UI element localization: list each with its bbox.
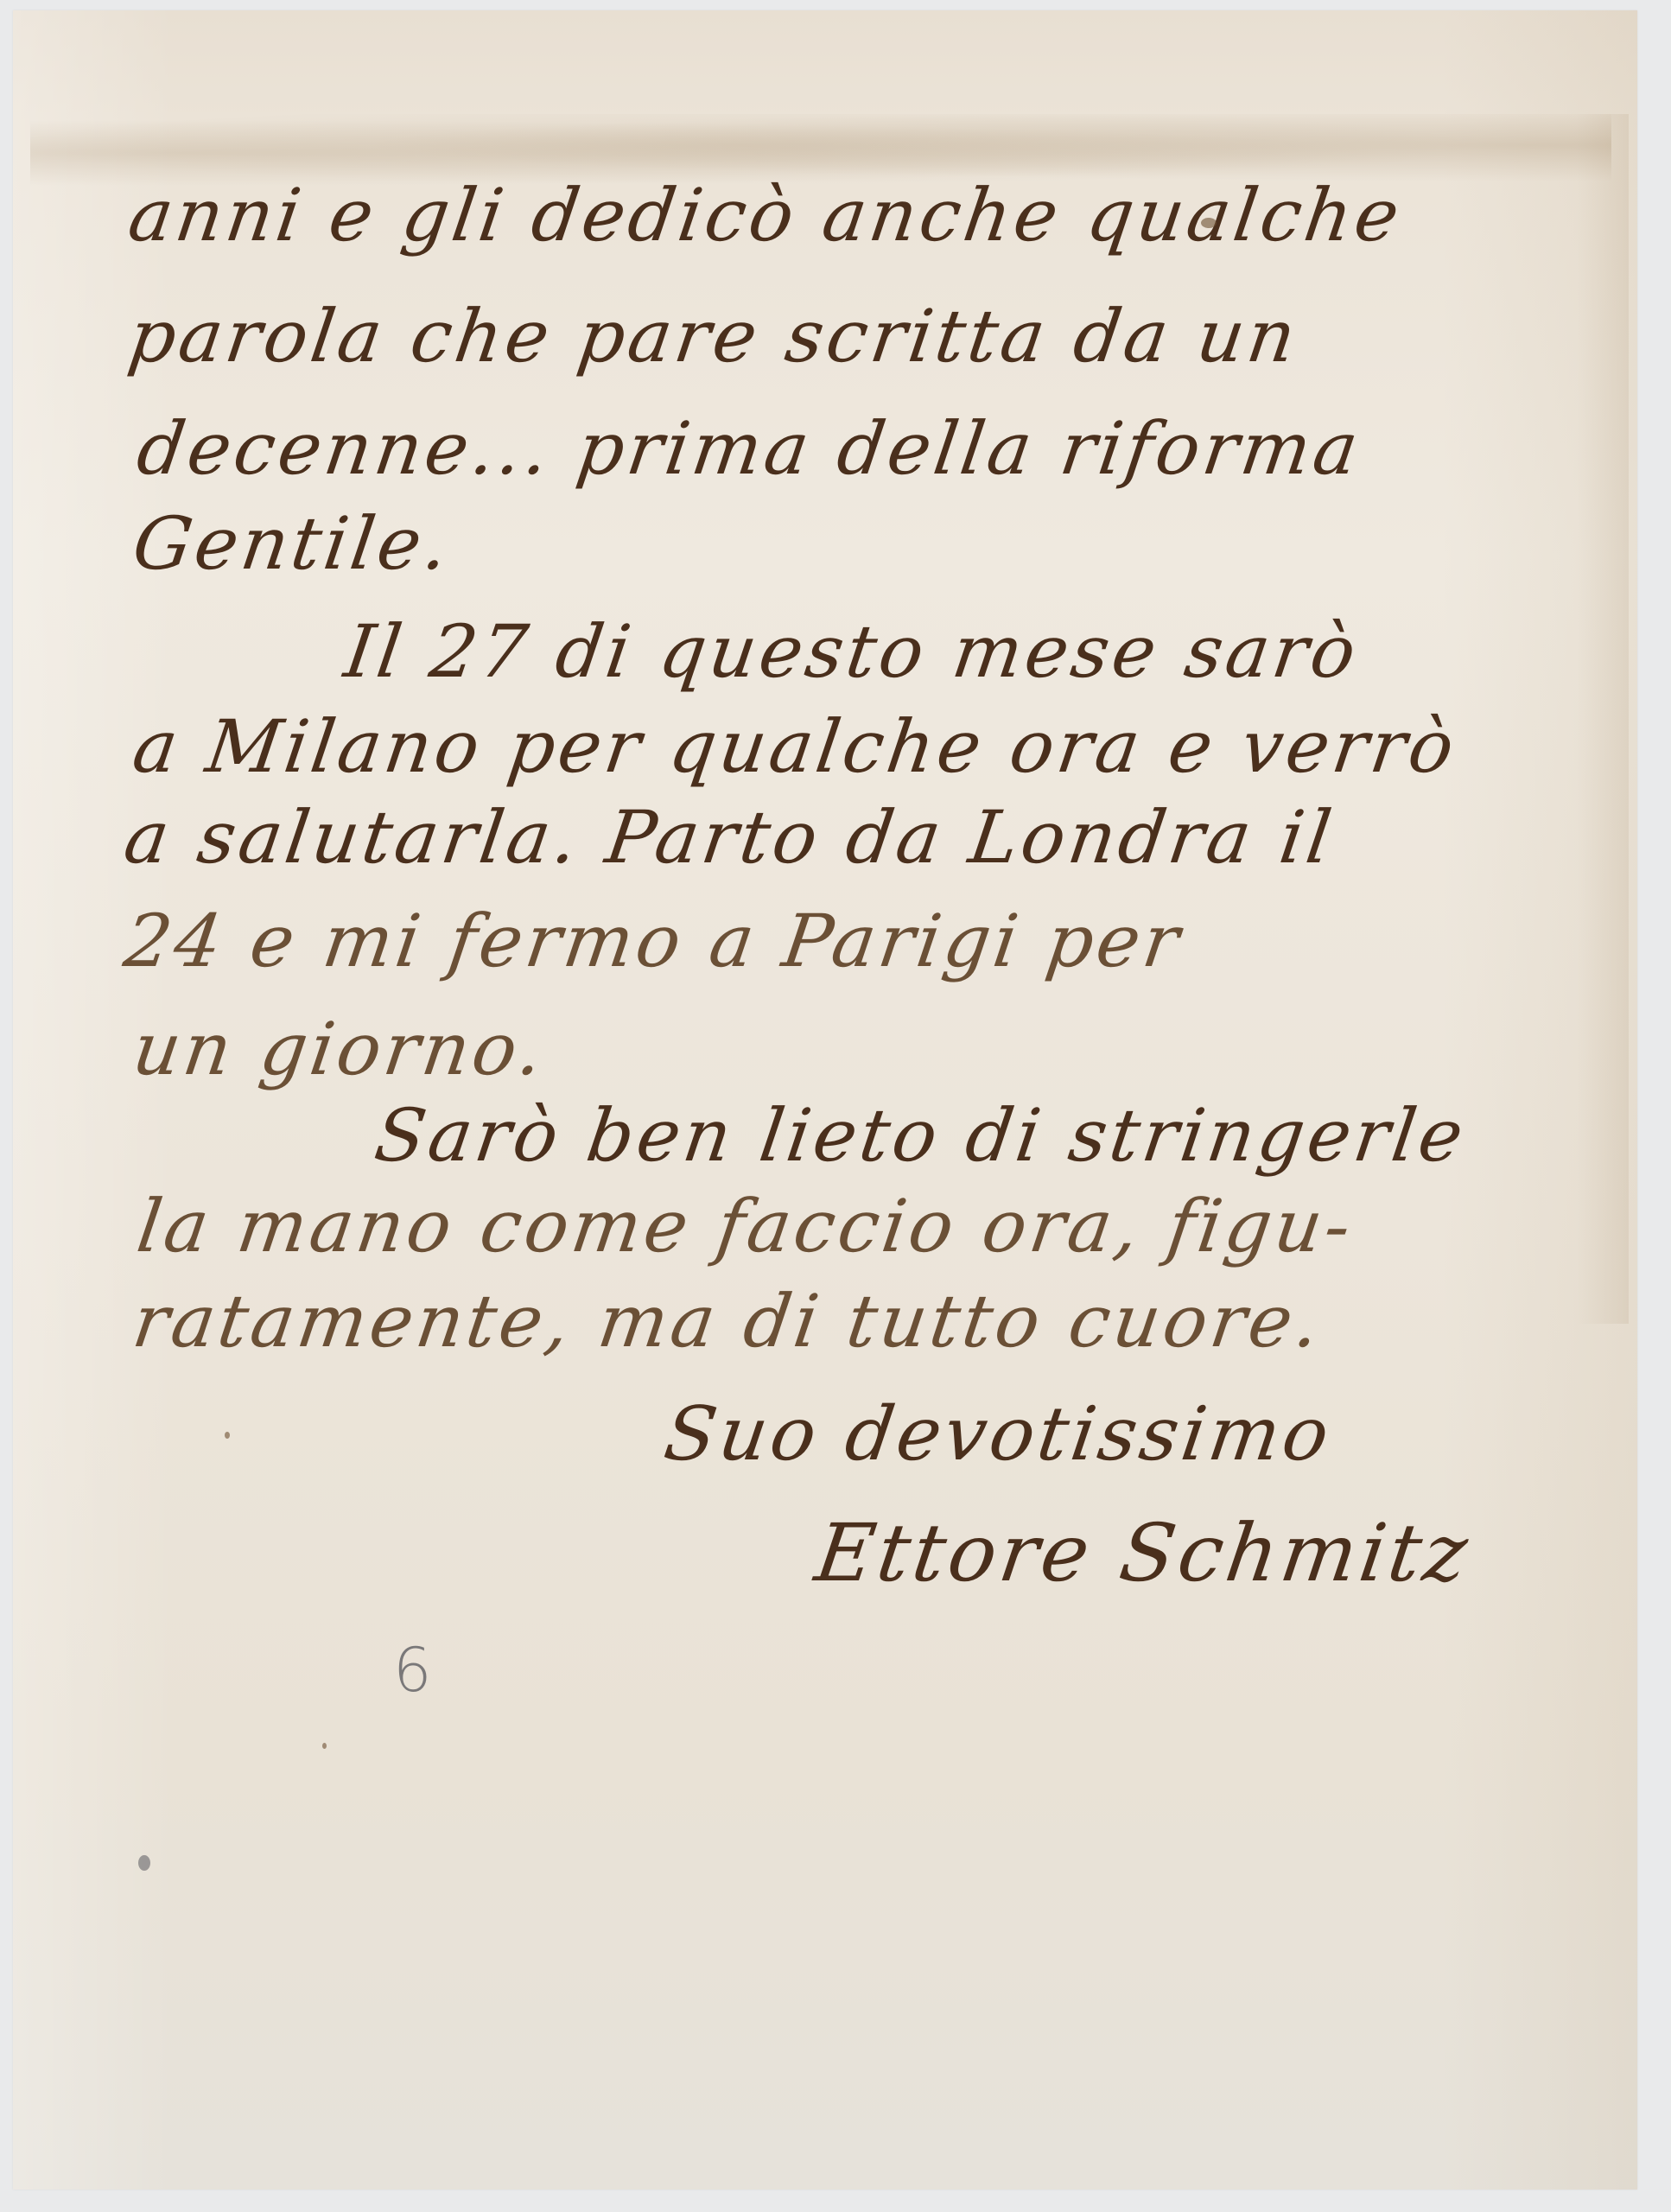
letter-line: parola che pare scritta da un bbox=[124, 300, 1303, 372]
letter-line: la mano come faccio ora, figu- bbox=[133, 1190, 1358, 1262]
letter-line: un giorno. bbox=[129, 1013, 550, 1085]
letter-page: anni e gli dedicò anche qualche parola c… bbox=[13, 10, 1637, 2190]
letter-line: Il 27 di questo mese sarò bbox=[340, 615, 1363, 688]
letter-line: a salutarla. Parto da Londra il bbox=[120, 801, 1339, 874]
letter-line: decenne... prima della riforma bbox=[133, 412, 1366, 485]
ink-spot bbox=[1201, 218, 1217, 228]
letter-body: anni e gli dedicò anche qualche parola c… bbox=[13, 10, 1637, 2190]
letter-line: Sarò ben lieto di stringerle bbox=[371, 1099, 1471, 1172]
ink-spot bbox=[322, 1743, 327, 1749]
letter-line: anni e gli dedicò anche qualche bbox=[124, 179, 1407, 251]
letter-line: a Milano per qualche ora e verrò bbox=[129, 710, 1461, 783]
pencil-page-number: 6 bbox=[393, 1635, 432, 1706]
ink-spot bbox=[225, 1432, 230, 1439]
letter-closing: Suo devotissimo bbox=[660, 1397, 1337, 1471]
letter-line: Gentile. bbox=[129, 507, 456, 580]
letter-signature: Ettore Schmitz bbox=[811, 1514, 1476, 1593]
letter-line: 24 e mi fermo a Parigi per bbox=[120, 905, 1187, 977]
ink-spot bbox=[138, 1855, 150, 1871]
letter-line: ratamente, ma di tutto cuore. bbox=[129, 1285, 1327, 1357]
